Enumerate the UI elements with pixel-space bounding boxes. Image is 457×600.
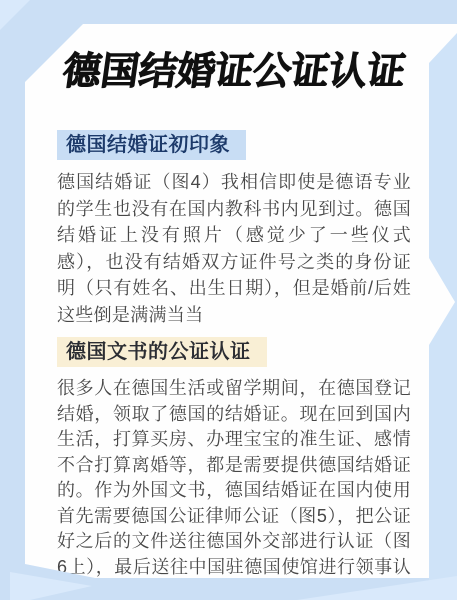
section-body-notarization: 很多人在德国生活或留学期间，在德国登记结婚，领取了德国的结婚证。现在回到国内生活… xyxy=(57,376,411,600)
section-heading-notarization: 德国文书的公证认证 xyxy=(57,337,267,367)
title-area: 德国结婚证公证认证 xyxy=(57,50,411,94)
content-card: 德国结婚证公证认证 德国结婚证初印象 德国结婚证（图4）我相信即使是德语专业的学… xyxy=(25,24,457,578)
section-notarization: 德国文书的公证认证 很多人在德国生活或留学期间，在德国登记结婚，领取了德国的结婚… xyxy=(57,337,411,600)
section-first-impression: 德国结婚证初印象 德国结婚证（图4）我相信即使是德语专业的学生也没有在国内教科书… xyxy=(57,130,411,328)
page-title: 德国结婚证公证认证 xyxy=(60,50,408,94)
section-heading-first-impression: 德国结婚证初印象 xyxy=(57,130,246,160)
page-background: 德国结婚证公证认证 德国结婚证初印象 德国结婚证（图4）我相信即使是德语专业的学… xyxy=(0,0,457,600)
section-body-first-impression: 德国结婚证（图4）我相信即使是德语专业的学生也没有在国内教科书内见到过。德国结婚… xyxy=(57,169,411,328)
section-heading-row: 德国结婚证初印象 xyxy=(57,130,411,160)
section-heading-row: 德国文书的公证认证 xyxy=(57,337,411,367)
